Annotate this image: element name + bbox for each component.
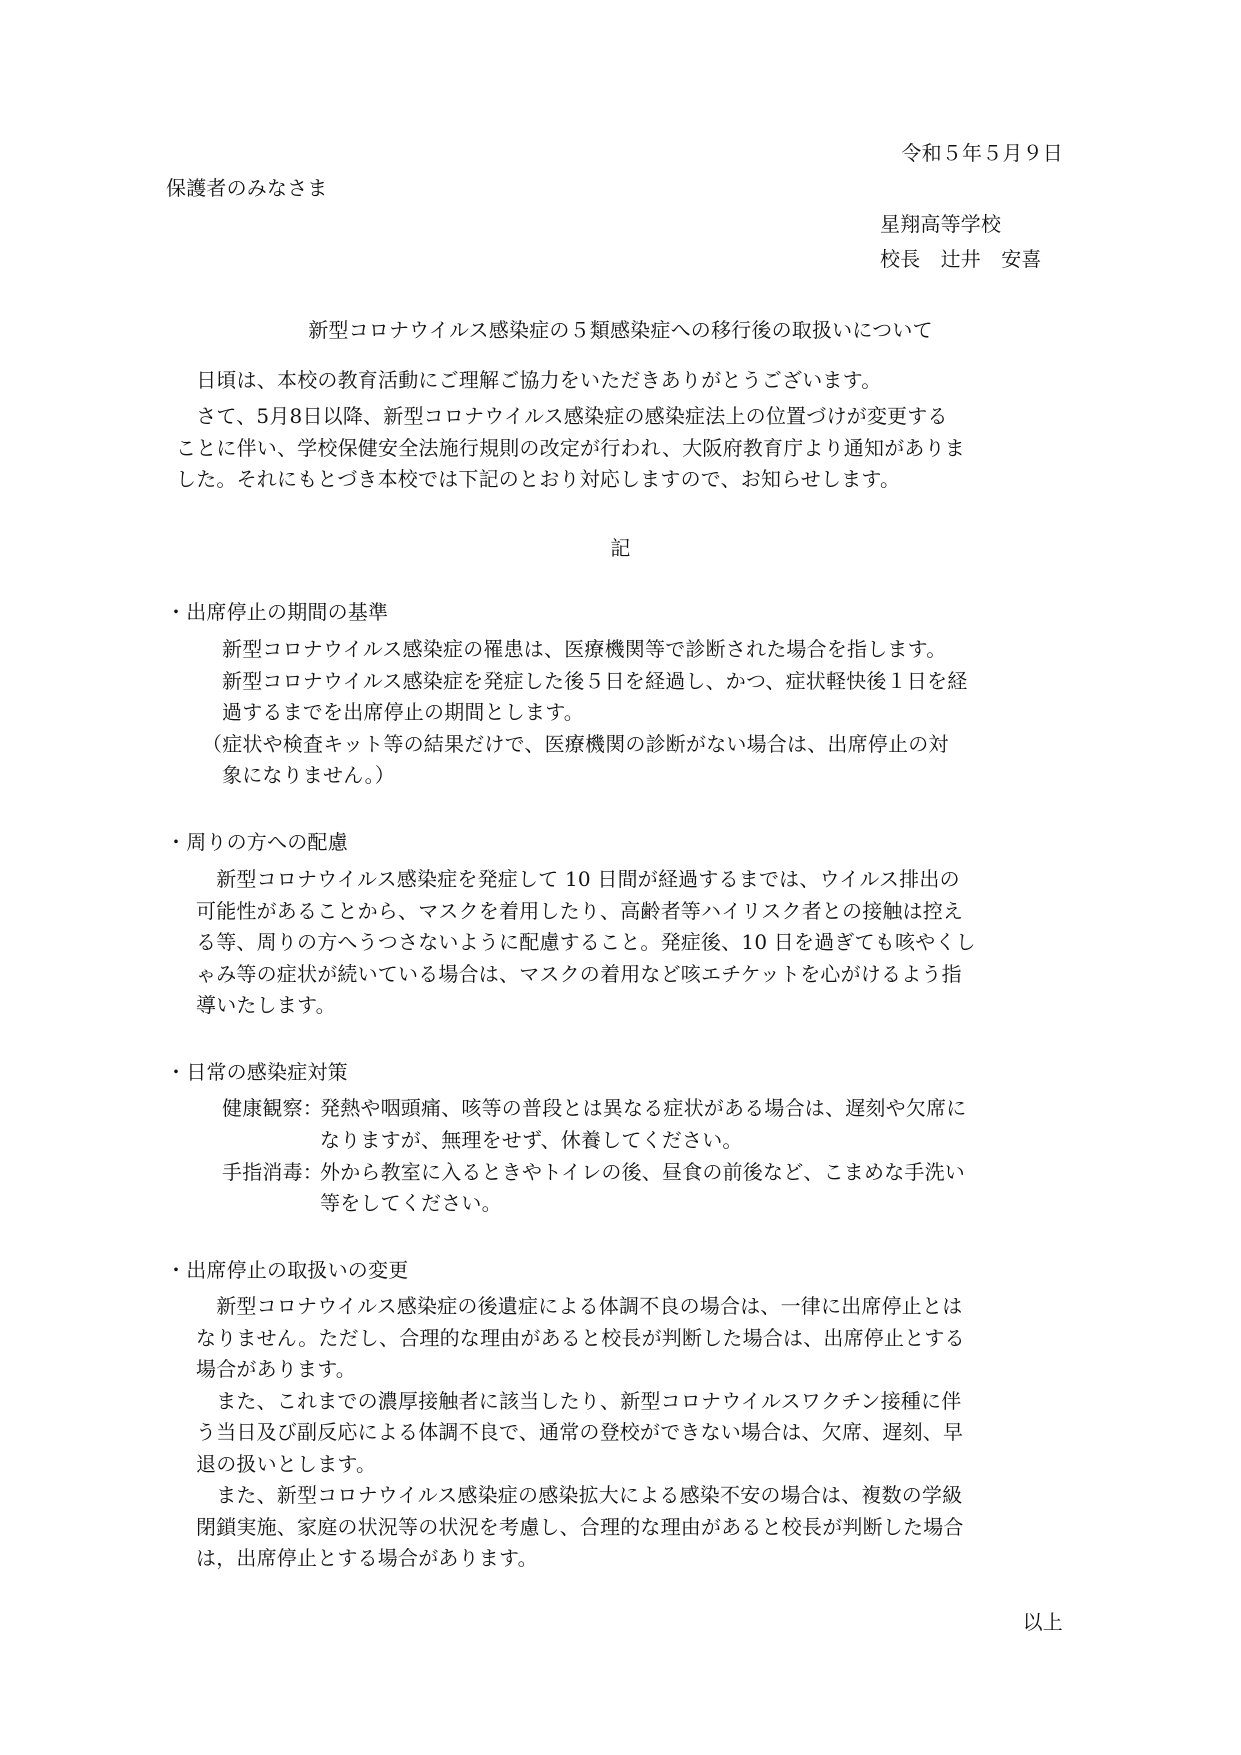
section-heading: ・日常の感染症対策 (166, 1060, 348, 1084)
intro-line: 日頃は、本校の教育活動にご理解ご協力をいただきありがとうございます。 (176, 368, 881, 392)
section-line: 可能性があることから、マスクを着用したり、高齢者等ハイリスク者との接触は控え (196, 899, 963, 923)
section-line: 新型コロナウイルス感染症を発症して 10 日間が経過するまでは、ウイルス排出の (196, 867, 960, 891)
section-line: 新型コロナウイルス感染症の罹患は、医療機関等で診断された場合を指します。 (222, 637, 946, 661)
section-line: また、新型コロナウイルス感染症の感染拡大による感染不安の場合は、複数の学級 (196, 1483, 962, 1507)
section-line: は，出席停止とする場合があります。 (196, 1546, 538, 1570)
section-line: 閉鎖実施、家庭の状況等の状況を考慮し、合理的な理由があると校長が判断した場合 (196, 1515, 964, 1539)
section-line: 場合があります。 (196, 1357, 356, 1381)
section-line: 新型コロナウイルス感染症を発症した後５日を経過し、かつ、症状軽快後１日を経 (222, 669, 967, 693)
item-label-hand-disinfection: 手指消毒： (222, 1160, 323, 1184)
document-title: 新型コロナウイルス感染症の５類感染症への移行後の取扱いについて (0, 318, 1241, 342)
item-line: 発熱や咽頭痛、咳等の普段とは異なる症状がある場合は、遅刻や欠席に (320, 1096, 966, 1120)
intro-line: した。それにもとづき本校では下記のとおり対応しますので、お知らせします。 (176, 467, 900, 491)
ki-marker: 記 (0, 536, 1241, 560)
date: 令和５年５月９日 (901, 141, 1063, 165)
section-line: 過するまでを出席停止の期間とします。 (222, 700, 584, 724)
section-heading: ・周りの方への配慮 (166, 830, 348, 854)
intro-line: さて、5月8日以降、新型コロナウイルス感染症の感染症法上の位置づけが変更する (176, 404, 948, 428)
section-line: ゃみ等の症状が続いている場合は、マスクの着用など咳エチケットを心がけるよう指 (196, 962, 962, 986)
intro-line: ことに伴い、学校保健安全法施行規則の改定が行われ、大阪府教育庁より通知がありま (176, 436, 965, 460)
section-line: また、これまでの濃厚接触者に該当したり、新型コロナウイルスワクチン接種に伴 (196, 1389, 961, 1413)
section-line: 象になりません。） (222, 763, 395, 787)
item-line: 外から教室に入るときやトイレの後、昼食の前後など、こまめな手洗い (320, 1160, 965, 1184)
item-line: 等をしてください。 (320, 1191, 502, 1215)
section-line: る等、周りの方へうつさないように配慮すること。発症後、10 日を過ぎても咳やくし (196, 930, 976, 954)
closing-mark: 以上 (1023, 1610, 1063, 1634)
section-line: （症状や検査キット等の結果だけで、医療機関の診断がない場合は、出席停止の対 (202, 732, 949, 756)
section-line: 退の扱いとします。 (196, 1452, 376, 1476)
school-name: 星翔高等学校 (880, 212, 1001, 236)
section-line: 新型コロナウイルス感染症の後遺症による体調不良の場合は、一律に出席停止とは (196, 1294, 962, 1318)
section-heading: ・出席停止の期間の基準 (166, 600, 388, 624)
item-line: なりますが、無理をせず、休養してください。 (320, 1128, 743, 1152)
section-line: う当日及び副反応による体調不良で、通常の登校ができない場合は、欠席、遅刻、早 (196, 1420, 963, 1444)
principal-name: 校長 辻井 安喜 (880, 247, 1042, 271)
section-heading: ・出席停止の取扱いの変更 (166, 1258, 408, 1282)
item-label-health-observation: 健康観察： (222, 1096, 323, 1120)
recipient: 保護者のみなさま (166, 176, 328, 200)
section-line: なりません。ただし、合理的な理由があると校長が判断した場合は、出席停止とする (196, 1326, 965, 1350)
section-line: 導いたします。 (196, 993, 336, 1017)
